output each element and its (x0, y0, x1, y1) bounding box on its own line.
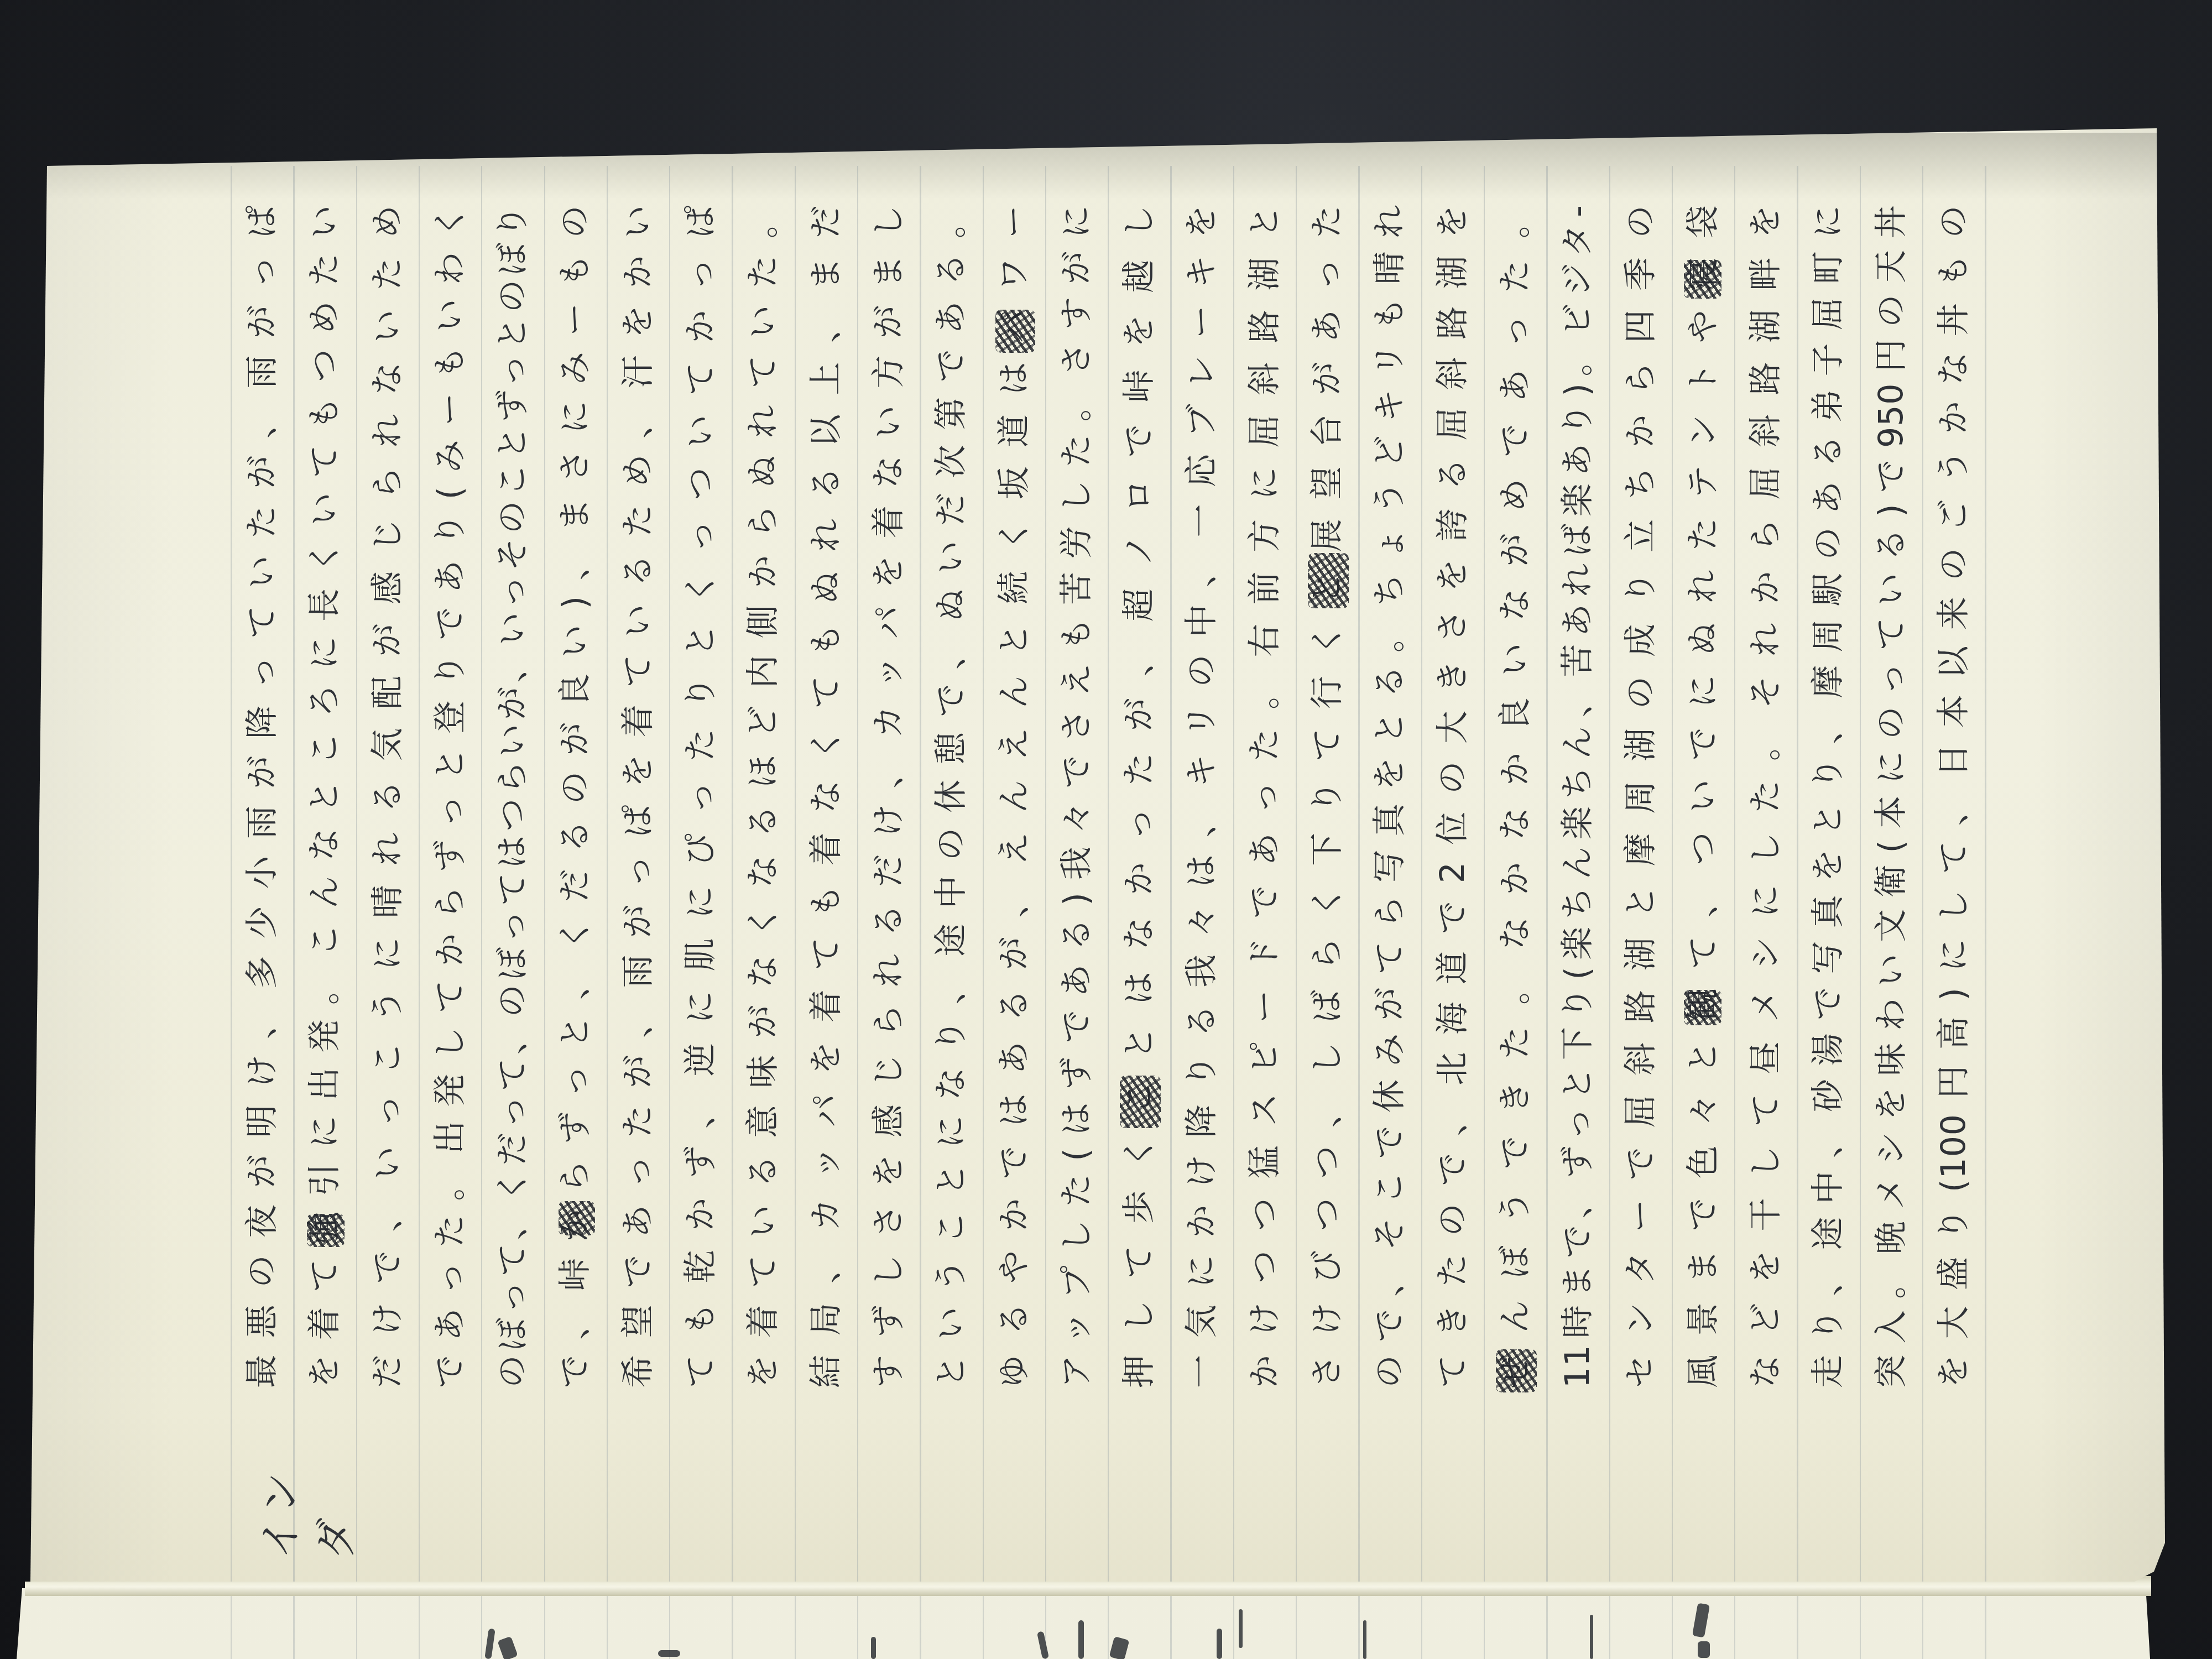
handwritten-line: かけつつ猛スピードであった。右前方に屈斜路湖と (1234, 205, 1296, 1388)
crossed-out-scribble (307, 1214, 345, 1247)
handwritten-line: 走り、途中、砂湯で写真をとり、摩周駅のある弟子屈町に (1797, 205, 1860, 1388)
handwritten-line: センターで屈斜路湖と摩周湖の成り立ちから四季の (1610, 205, 1672, 1388)
margin-note: インダ (253, 1427, 309, 1559)
partial-ink-fragment (1239, 1609, 1243, 1648)
handwritten-line: 希望であったが、雨がっぱを着ているため、汗をかい (607, 205, 670, 1388)
crossed-out-scribble (1120, 1076, 1161, 1128)
ruled-lines (169, 1593, 2013, 1659)
partial-ink-fragment (1363, 1620, 1366, 1659)
handwritten-line: などを干して昼メシにした。それから屈斜路湖畔を (1735, 205, 1797, 1388)
handwritten-line: 11時まで、ずっと下り(楽ちん楽ちん、苦あれば楽あり)。ビジタ- (1547, 205, 1609, 1388)
handwritten-line: てきたので、北海道で2位の大きさを誇る屈斜路湖を (1422, 205, 1484, 1388)
handwritten-line: だけで、いっこうに晴れる気配が感じられないため (357, 205, 419, 1388)
handwritten-text-block: インダ 最悪の夜が明け、多少小雨が降っていたが、雨がっぱ を着て強引に出発。こん… (231, 205, 1985, 1388)
handwritten-line: 風景まで色々と観て、ついでにぬれたテントや寝袋 (1672, 205, 1735, 1388)
handwritten-line: ぜんぼうできた。なかなか良いながめであった。 (1484, 205, 1547, 1388)
handwritten-line: 一気にかけ降りる我々は、キリの中、一応ブレーキを (1171, 205, 1233, 1388)
handwritten-line: すずしさを感じられるだけ、カッパを着ない方がまし (858, 205, 920, 1388)
handwritten-line: 結局、カッパを着ても着なくてもぬれる以上、まだ (795, 205, 858, 1388)
handwritten-line: を着ている意味がなくなるほど内側からぬれていた。 (732, 205, 795, 1388)
handwritten-line: 押して歩くことはなかったが、超ノロで峠を越し (1108, 205, 1171, 1388)
partial-ink-fragment (871, 1637, 876, 1659)
partial-ink-fragment (658, 1650, 680, 1657)
notebook-page: インダ 最悪の夜が明け、多少小雨が降っていたが、雨がっぱ を着て強引に出発。こん… (0, 0, 2212, 1659)
partial-ink-fragment (1590, 1615, 1593, 1659)
crossed-out-scribble (559, 1201, 595, 1235)
handwritten-line: ということになり、途中の休憩で、ぬいだ次第である。 (920, 205, 983, 1388)
handwritten-line: 突入。晩メシを味わい文衛(本にのっている)で950円の天丼 (1860, 205, 1923, 1388)
handwritten-line: ても乾かず、逆に肌にぴったりとくっついてかっぱ (670, 205, 732, 1388)
handwritten-line: を大盛り(100円高)にして、日本以来のごうかな丼もの (1923, 205, 1985, 1388)
crossed-out-scribble (1684, 990, 1721, 1025)
handwritten-line: ので、そこで休みがてら写真をとる。ちょうどキリも晴れ (1359, 205, 1421, 1388)
handwritten-line: のぼって、くだって、のぼってはつらいが、いっそのことずっとのぼり (482, 205, 544, 1388)
handwritten-line: 最悪の夜が明け、多少小雨が降っていたが、雨がっぱ (231, 205, 294, 1388)
handwritten-line: アップした(はずである)我々でさえも苦労した。さすがに (1046, 205, 1108, 1388)
crossed-out-scribble (1496, 1349, 1537, 1392)
handwritten-line: ゆるやかではあるが、えんえんと続く坂道はパワー (983, 205, 1046, 1388)
handwritten-line: を着て強引に出発。こんなところに長くいてもつめたい (294, 205, 356, 1388)
handwritten-line: さけびつつ、しばらく下りて行くと展望台があった (1296, 205, 1359, 1388)
crossed-out-scribble (995, 310, 1035, 353)
partial-ink-fragment (1217, 1629, 1222, 1659)
partial-ink-fragment (1078, 1620, 1084, 1659)
handwritten-line: であった。出発してからずっと登りであり(みーもいわく (419, 205, 482, 1388)
partial-ink-fragment (1698, 1641, 1710, 1658)
crossed-out-scribble (1308, 553, 1349, 608)
crossed-out-scribble (1684, 260, 1721, 299)
